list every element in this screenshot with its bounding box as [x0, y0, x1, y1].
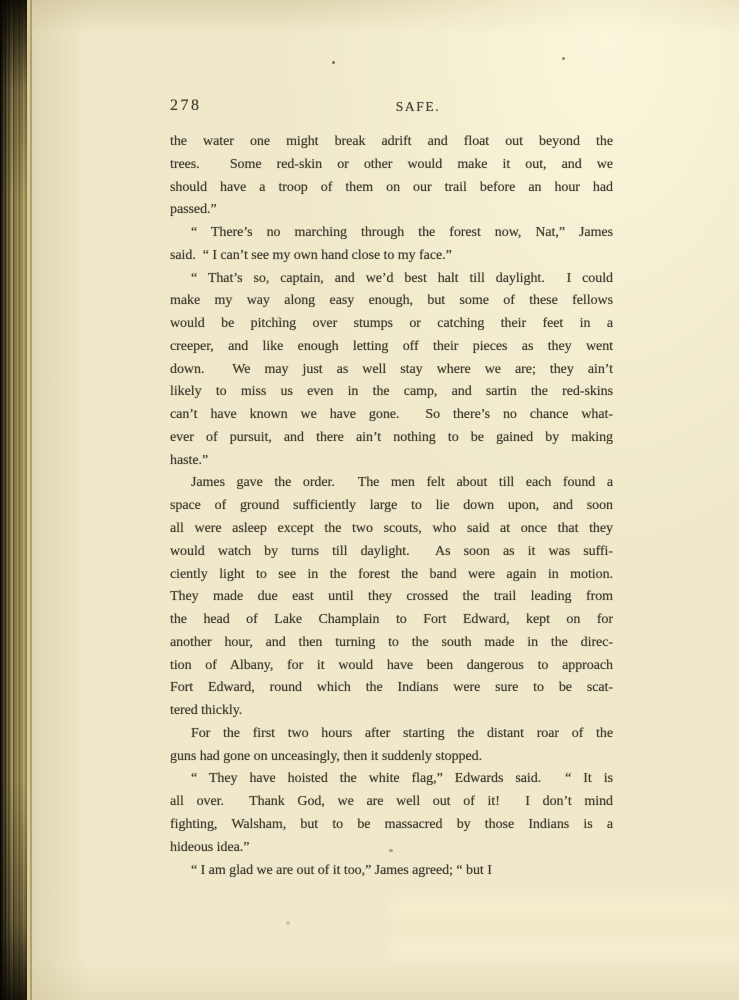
- text-line: “ I am glad we are out of it too,” James…: [170, 860, 613, 883]
- text-line: passed.”: [170, 199, 613, 222]
- dust-speck: [286, 921, 290, 925]
- text-line: “ There’s no marching through the forest…: [170, 222, 613, 245]
- text-line: would watch by turns till daylight. As s…: [170, 541, 613, 564]
- text-line: For the first two hours after starting t…: [170, 723, 613, 746]
- text-line: haste.”: [170, 450, 613, 473]
- text-line: “ That’s so, captain, and we’d best halt…: [170, 268, 613, 291]
- text-line: creeper, and like enough letting off the…: [170, 336, 613, 359]
- text-line: James gave the order. The men felt about…: [170, 472, 613, 495]
- text-line: the head of Lake Champlain to Fort Edwar…: [170, 609, 613, 632]
- dust-speck: [277, 316, 280, 319]
- paragraph: “ There’s no marching through the forest…: [170, 222, 613, 268]
- book-fore-edge-shading: [0, 0, 27, 1000]
- text-line: tion of Albany, for it would have been d…: [170, 655, 613, 678]
- text-line: can’t have known we have gone. So there’…: [170, 404, 613, 427]
- paragraph: “ They have hoisted the white flag,” Edw…: [170, 768, 613, 859]
- running-title: SAFE.: [170, 99, 666, 115]
- dust-speck: [389, 849, 393, 852]
- text-line: trees. Some red-skin or other would make…: [170, 154, 613, 177]
- text-line: should have a troop of them on our trail…: [170, 177, 613, 200]
- dust-speck: [562, 57, 565, 60]
- paragraph: “ That’s so, captain, and we’d best halt…: [170, 268, 613, 473]
- paragraph: For the first two hours after starting t…: [170, 723, 613, 769]
- text-line: ciently light to see in the forest the b…: [170, 564, 613, 587]
- text-line: They made due east until they crossed th…: [170, 586, 613, 609]
- text-line: all were asleep except the two scouts, w…: [170, 518, 613, 541]
- text-line: would be pitching over stumps or catchin…: [170, 313, 613, 336]
- text-line: “ They have hoisted the white flag,” Edw…: [170, 768, 613, 791]
- text-line: Fort Edward, round which the Indians wer…: [170, 677, 613, 700]
- text-line: all over. Thank God, we are well out of …: [170, 791, 613, 814]
- text-line: make my way along easy enough, but some …: [170, 290, 613, 313]
- text-line: down. We may just as well stay where we …: [170, 359, 613, 382]
- paragraph: the water one might break adrift and flo…: [170, 131, 613, 222]
- page-edge-crease: [30, 0, 32, 1000]
- scan-light-band: [390, 888, 739, 966]
- text-line: guns had gone on unceasingly, then it su…: [170, 746, 613, 769]
- book-page: 278 SAFE. the water one might break adri…: [0, 0, 739, 1000]
- paragraph: “ I am glad we are out of it too,” James…: [170, 860, 613, 883]
- page-header: 278 SAFE.: [170, 97, 612, 119]
- text-line: space of ground sufficiently large to li…: [170, 495, 613, 518]
- text-line: the water one might break adrift and flo…: [170, 131, 613, 154]
- text-line: likely to miss us even in the camp, and …: [170, 381, 613, 404]
- text-line: fighting, Walsham, but to be massacred b…: [170, 814, 613, 837]
- text-line: ever of pursuit, and there ain’t nothing…: [170, 427, 613, 450]
- paragraph: James gave the order. The men felt about…: [170, 472, 613, 722]
- body-text: the water one might break adrift and flo…: [170, 131, 613, 882]
- text-line: another hour, and then turning to the so…: [170, 632, 613, 655]
- text-line: tered thickly.: [170, 700, 613, 723]
- text-line: said. “ I can’t see my own hand close to…: [170, 245, 613, 268]
- dust-speck: [332, 61, 335, 64]
